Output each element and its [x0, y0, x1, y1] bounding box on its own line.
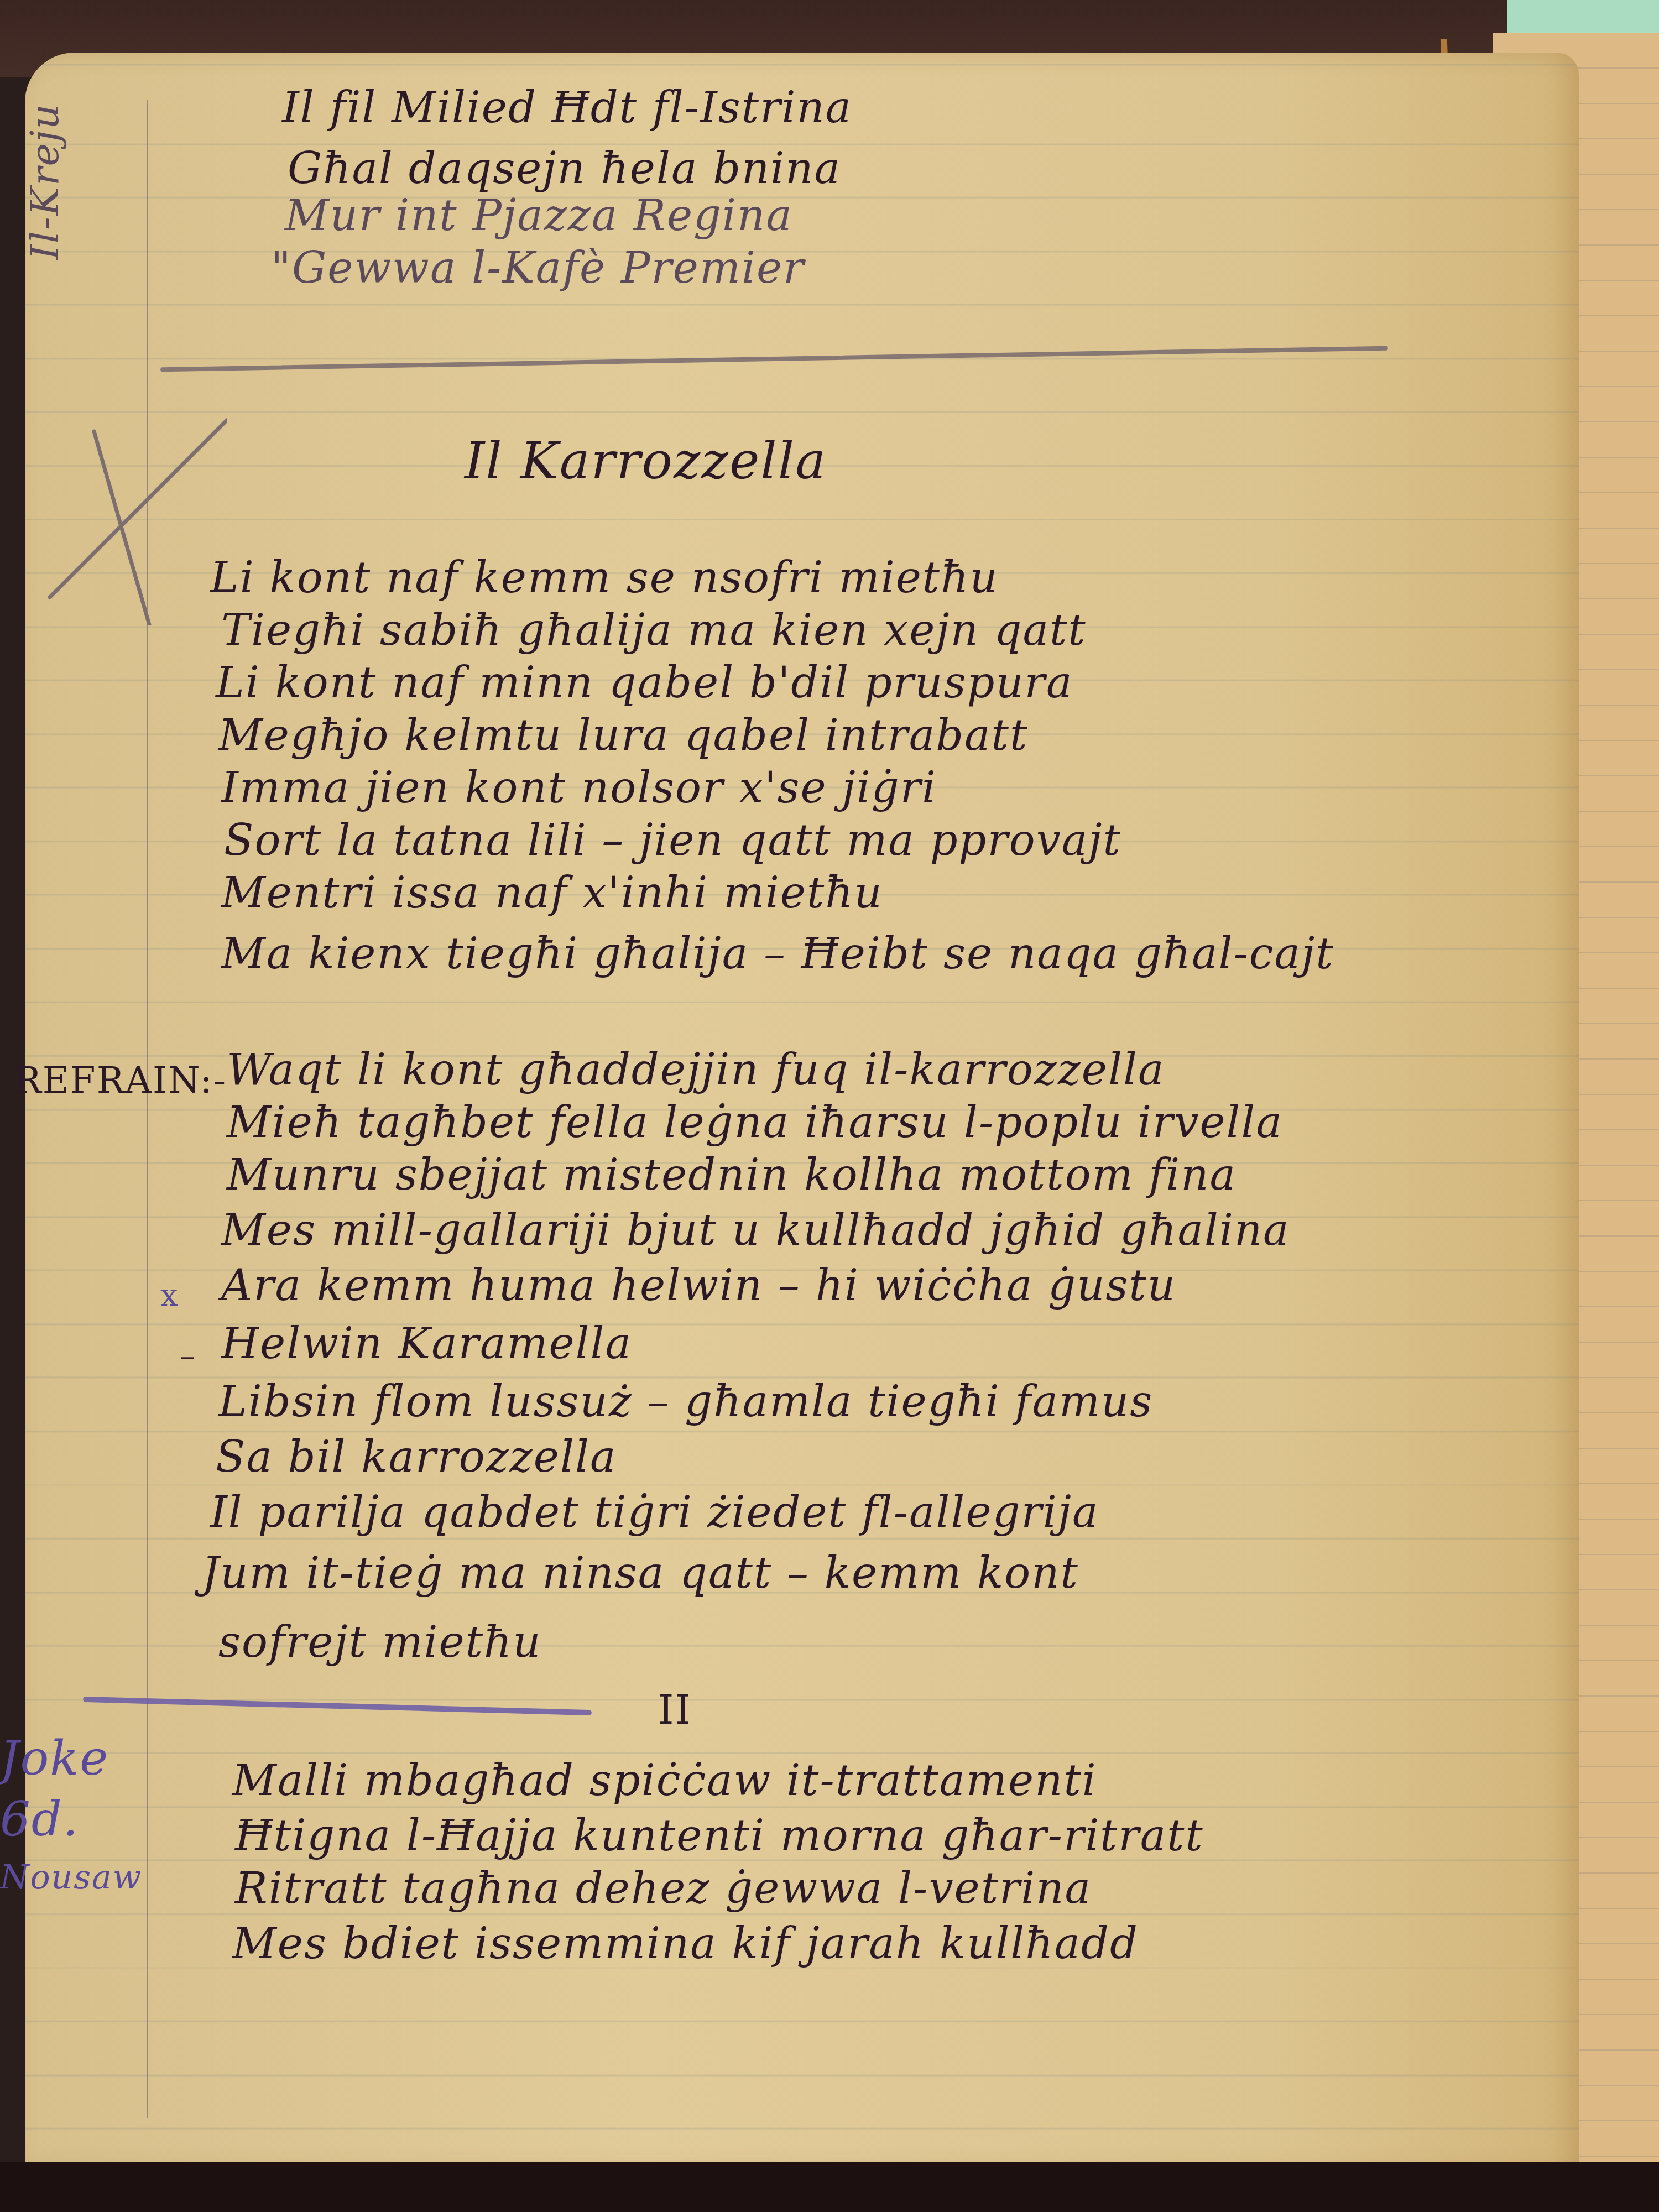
- top-line-3: Mur int Pjazza Regina: [285, 191, 793, 241]
- top-line-1: Il fil Milied Ħdt fl-Istrina: [282, 83, 852, 133]
- refrain-mark-dash: –: [180, 1338, 196, 1374]
- green-card: [1507, 0, 1659, 36]
- refrain-line-10: Jum it-tieġ ma ninsa qatt – kemm kont: [202, 1548, 1079, 1598]
- verse2-line-2: Ħtigna l-Ħajja kuntenti morna għar-ritra…: [235, 1811, 1204, 1861]
- margin-note-vertical: Il-Kreju: [22, 103, 67, 260]
- verse1-line-2: Tiegħi sabiħ għalija ma kien xejn qatt: [221, 606, 1087, 655]
- desk-background-bottom: [0, 2162, 1659, 2212]
- refrain-line-8: Sa bil karrozzella: [216, 1432, 617, 1482]
- verse1-line-5: Imma jien kont nolsor x'se jiġri: [221, 763, 937, 813]
- refrain-line-1: Waqt li kont għaddejjin fuq il-karrozzel…: [227, 1045, 1165, 1095]
- verse1-line-6: Sort la tatna lili – jien qatt ma pprova…: [224, 816, 1121, 865]
- margin-note-line-2: 6d.: [0, 1792, 79, 1847]
- refrain-line-3: Munru sbejjat mistednin kollha mottom fi…: [227, 1150, 1237, 1200]
- refrain-label: REFRAIN:-: [14, 1059, 227, 1102]
- verse2-line-4: Mes bdiet issemmina kif jarah kullħadd: [232, 1919, 1139, 1969]
- refrain-line-4: Mes mill-gallariji bjut u kullħadd jgħid…: [221, 1206, 1290, 1255]
- margin-note-line-3: Nousaw: [0, 1858, 142, 1897]
- refrain-line-2: Mieħ tagħbet fella leġna iħarsu l-poplu …: [227, 1098, 1283, 1147]
- verse2-line-3: Ritratt tagħna dehez ġewwa l-vetrina: [235, 1864, 1092, 1913]
- margin-note-line-1: Joke: [0, 1731, 109, 1786]
- refrain-line-9: Il parilja qabdet tiġri żiedet fl-allegr…: [210, 1488, 1099, 1537]
- verse1-line-7: Mentri issa naf x'inhi mietħu: [221, 868, 883, 918]
- verse1-line-4: Megħjo kelmtu lura qabel intrabatt: [218, 711, 1028, 760]
- refrain-line-11: sofrejt mietħu: [218, 1618, 542, 1667]
- pencil-cross-mark-icon: [44, 415, 227, 625]
- top-line-4: "Gewwa l-Kafè Premier: [271, 243, 805, 293]
- song-title: Il Karrozzella: [465, 431, 827, 491]
- refrain-line-6: Helwin Karamella: [221, 1319, 632, 1369]
- verse2-line-1: Malli mbagħad spiċċaw it-trattamenti: [232, 1756, 1097, 1806]
- verse1-line-3: Li kont naf minn qabel b'dil pruspura: [216, 658, 1073, 708]
- section-numeral: II: [658, 1687, 692, 1733]
- margin-line: [147, 100, 148, 2118]
- refrain-line-7: Libsin flom lussuż – għamla tiegħi famus: [218, 1377, 1153, 1427]
- refrain-mark-x: x: [160, 1277, 179, 1313]
- top-line-2: Għal daqsejn ħela bnina: [288, 144, 841, 194]
- verse1-line-1: Li kont naf kemm se nsofri mietħu: [210, 553, 999, 603]
- verse1-line-8: Ma kienx tiegħi għalija – Ħeibt se naqa …: [221, 929, 1334, 979]
- refrain-line-5: Ara kemm huma helwin – hi wiċċha ġustu: [221, 1261, 1176, 1311]
